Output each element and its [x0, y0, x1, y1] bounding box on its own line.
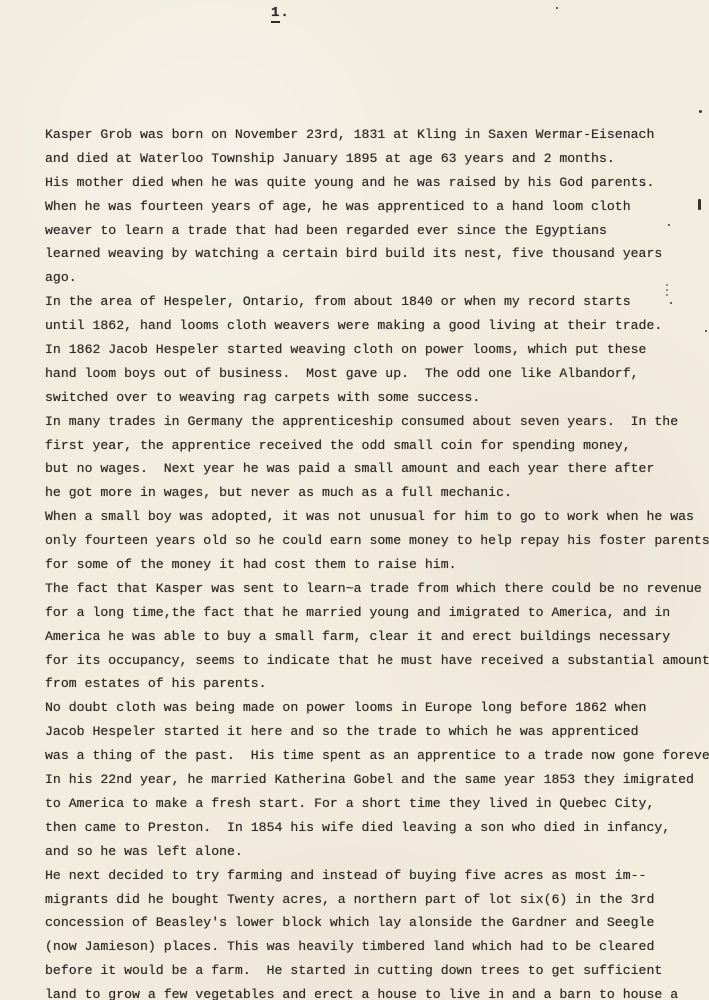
text-line: Jacob Hespeler started it here and so th…: [45, 720, 709, 744]
scan-speck: [643, 184, 645, 186]
text-line: and died at Waterloo Township January 18…: [45, 147, 709, 171]
text-line: In his 22nd year, he married Katherina G…: [45, 768, 709, 792]
text-line: to America to make a fresh start. For a …: [45, 792, 709, 816]
page-number-digit: 1: [271, 5, 280, 23]
text-line: from estates of his parents.: [45, 672, 709, 696]
scan-speck: [670, 302, 672, 304]
text-line: ago.: [45, 266, 709, 290]
text-line: for its occupancy, seems to indicate tha…: [45, 649, 709, 673]
text-line: concession of Beasley's lower block whic…: [45, 911, 709, 935]
text-line: then came to Preston. In 1854 his wife d…: [45, 816, 709, 840]
text-line: but no wages. Next year he was paid a sm…: [45, 457, 709, 481]
page-number-period: .: [280, 5, 289, 21]
text-line: he got more in wages, but never as much …: [45, 481, 709, 505]
text-line: until 1862, hand looms cloth weavers wer…: [45, 314, 709, 338]
text-line: Kasper Grob was born on November 23rd, 1…: [45, 123, 709, 147]
text-line: No doubt cloth was being made on power l…: [45, 696, 709, 720]
text-line: only fourteen years old so he could earn…: [45, 529, 709, 553]
text-line: When a small boy was adopted, it was not…: [45, 505, 709, 529]
text-line: His mother died when he was quite young …: [45, 171, 709, 195]
text-line: switched over to weaving rag carpets wit…: [45, 386, 709, 410]
scan-speck: [705, 330, 707, 332]
document-page: 1. Kasper Grob was born on November 23rd…: [0, 0, 709, 1000]
text-line: land to grow a few vegetables and erect …: [45, 983, 709, 1000]
text-line: learned weaving by watching a certain bi…: [45, 242, 709, 266]
document-text: Kasper Grob was born on November 23rd, 1…: [45, 123, 709, 1000]
text-line: weaver to learn a trade that had been re…: [45, 219, 709, 243]
text-line: When he was fourteen years of age, he wa…: [45, 195, 709, 219]
scan-faint-mark: [666, 284, 668, 296]
text-line: and so he was left alone.: [45, 840, 709, 864]
text-line: for a long time,the fact that he married…: [45, 601, 709, 625]
scan-speck: [699, 110, 702, 113]
text-line: for some of the money it had cost them t…: [45, 553, 709, 577]
text-line: before it would be a farm. He started in…: [45, 959, 709, 983]
text-line: first year, the apprentice received the …: [45, 434, 709, 458]
scan-speck: [668, 224, 670, 226]
text-line: was a thing of the past. His time spent …: [45, 744, 709, 768]
page-number: 1.: [271, 5, 290, 21]
text-line: hand loom boys out of business. Most gav…: [45, 362, 709, 386]
text-line: America he was able to buy a small farm,…: [45, 625, 709, 649]
text-line: In the area of Hespeler, Ontario, from a…: [45, 290, 709, 314]
text-line: In 1862 Jacob Hespeler started weaving c…: [45, 338, 709, 362]
text-line: He next decided to try farming and inste…: [45, 864, 709, 888]
text-line: migrants did he bought Twenty acres, a n…: [45, 888, 709, 912]
scan-tick-mark: [698, 199, 701, 210]
scan-speck: [556, 7, 558, 9]
text-line: The fact that Kasper was sent to learn~a…: [45, 577, 709, 601]
text-line: (now Jamieson) places. This was heavily …: [45, 935, 709, 959]
text-line: In many trades in Germany the apprentice…: [45, 410, 709, 434]
